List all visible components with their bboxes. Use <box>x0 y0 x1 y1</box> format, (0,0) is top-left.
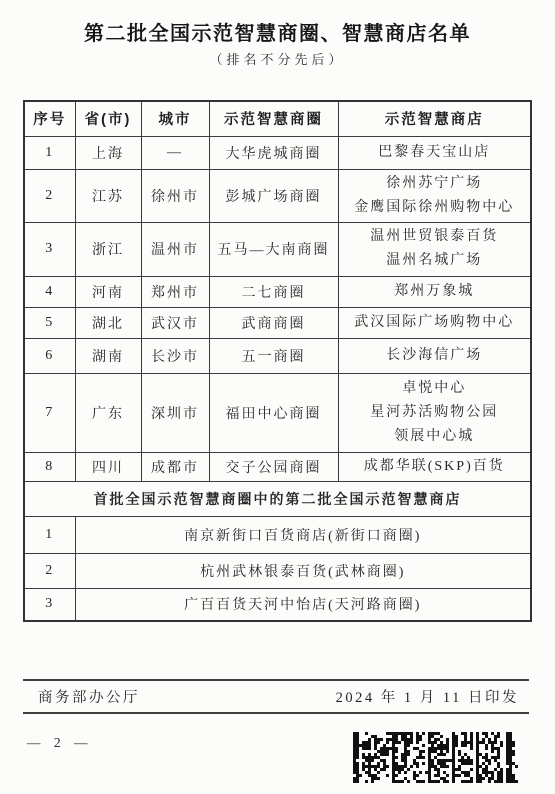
print-date-label: 2024 年 1 月 11 日印发 <box>336 686 519 707</box>
column-header: 示范智慧商店 <box>338 101 531 136</box>
store-name: 巴黎春天宝山店 <box>340 141 530 165</box>
cell-no: 3 <box>24 222 75 276</box>
cell-stores: 成都华联(SKP)百货 <box>338 452 531 481</box>
cell-district: 五一商圈 <box>209 338 338 373</box>
cell-province: 河南 <box>75 276 141 307</box>
cell-district: 武商商圈 <box>209 307 338 338</box>
footer-divider-bottom <box>23 712 529 714</box>
cell-province: 湖南 <box>75 338 141 373</box>
cell-city: 武汉市 <box>141 307 209 338</box>
cell-stores: 长沙海信广场 <box>338 338 531 373</box>
store-name: 温州世贸银泰百货 <box>340 225 530 249</box>
store-name: 郑州万象城 <box>340 280 530 304</box>
cell-no: 5 <box>24 307 75 338</box>
store-name: 成都华联(SKP)百货 <box>340 455 530 479</box>
cell-stores: 武汉国际广场购物中心 <box>338 307 531 338</box>
store-name: 金鹰国际徐州购物中心 <box>340 196 530 220</box>
store-name: 武汉国际广场购物中心 <box>340 311 530 335</box>
cell-stores: 郑州万象城 <box>338 276 531 307</box>
store-name: 卓悦中心 <box>340 377 530 401</box>
cell-stores: 卓悦中心星河苏活购物公园领展中心城 <box>338 373 531 452</box>
table-row: 7广东深圳市福田中心商圈卓悦中心星河苏活购物公园领展中心城 <box>24 373 531 452</box>
section2-header-row: 首批全国示范智慧商圈中的第二批全国示范智慧商店 <box>24 481 531 516</box>
cell-city: 长沙市 <box>141 338 209 373</box>
store-name: 徐州苏宁广场 <box>340 172 530 196</box>
cell-city: 徐州市 <box>141 169 209 222</box>
cell-city: — <box>141 136 209 169</box>
cell-city: 温州市 <box>141 222 209 276</box>
page-title: 第二批全国示范智慧商圈、智慧商店名单 <box>0 17 555 46</box>
table-row: 6湖南长沙市五一商圈长沙海信广场 <box>24 338 531 373</box>
cell-district: 彭城广场商圈 <box>209 169 338 222</box>
cell-city: 深圳市 <box>141 373 209 452</box>
section2-header: 首批全国示范智慧商圈中的第二批全国示范智慧商店 <box>24 481 531 516</box>
cell-district: 交子公园商圈 <box>209 452 338 481</box>
section2-store: 南京新街口百货商店(新街口商圈) <box>75 516 531 553</box>
cell-no: 2 <box>24 169 75 222</box>
cell-no: 1 <box>24 136 75 169</box>
cell-stores: 温州世贸银泰百货温州名城广场 <box>338 222 531 276</box>
cell-city: 郑州市 <box>141 276 209 307</box>
cell-no: 3 <box>24 588 75 621</box>
cell-city: 成都市 <box>141 452 209 481</box>
issuer-label: 商务部办公厅 <box>38 686 140 707</box>
cell-province: 上海 <box>75 136 141 169</box>
table-row: 5湖北武汉市武商商圈武汉国际广场购物中心 <box>24 307 531 338</box>
footer-row: 商务部办公厅 2024 年 1 月 11 日印发 <box>23 686 529 707</box>
column-header: 省(市) <box>75 101 141 136</box>
table-row: 1上海—大华虎城商圈巴黎春天宝山店 <box>24 136 531 169</box>
cell-district: 二七商圈 <box>209 276 338 307</box>
cell-no: 1 <box>24 516 75 553</box>
table-header-row: 序号省(市)城市示范智慧商圈示范智慧商店 <box>24 101 531 136</box>
table-row: 2江苏徐州市彭城广场商圈徐州苏宁广场金鹰国际徐州购物中心 <box>24 169 531 222</box>
cell-province: 江苏 <box>75 169 141 222</box>
section2-store: 广百百货天河中怡店(天河路商圈) <box>75 588 531 621</box>
section2-row: 3广百百货天河中怡店(天河路商圈) <box>24 588 531 621</box>
column-header: 序号 <box>24 101 75 136</box>
section2-row: 1南京新街口百货商店(新街口商圈) <box>24 516 531 553</box>
cell-no: 6 <box>24 338 75 373</box>
table-row: 8四川成都市交子公园商圈成都华联(SKP)百货 <box>24 452 531 481</box>
store-name: 温州名城广场 <box>340 249 530 273</box>
footer-divider-top <box>23 679 529 681</box>
cell-stores: 巴黎春天宝山店 <box>338 136 531 169</box>
table-row: 4河南郑州市二七商圈郑州万象城 <box>24 276 531 307</box>
section2-row: 2杭州武林银泰百货(武林商圈) <box>24 553 531 588</box>
cell-province: 四川 <box>75 452 141 481</box>
cell-district: 福田中心商圈 <box>209 373 338 452</box>
page-number: — 2 — <box>27 735 93 751</box>
cell-no: 7 <box>24 373 75 452</box>
cell-no: 4 <box>24 276 75 307</box>
cell-stores: 徐州苏宁广场金鹰国际徐州购物中心 <box>338 169 531 222</box>
cell-no: 8 <box>24 452 75 481</box>
cell-district: 五马—大南商圈 <box>209 222 338 276</box>
section2-store: 杭州武林银泰百货(武林商圈) <box>75 553 531 588</box>
column-header: 城市 <box>141 101 209 136</box>
store-name: 领展中心城 <box>340 425 530 449</box>
smart-district-table: 序号省(市)城市示范智慧商圈示范智慧商店 1上海—大华虎城商圈巴黎春天宝山店2江… <box>23 100 532 622</box>
cell-province: 湖北 <box>75 307 141 338</box>
cell-no: 2 <box>24 553 75 588</box>
cell-province: 广东 <box>75 373 141 452</box>
document-page: 第二批全国示范智慧商圈、智慧商店名单 （排名不分先后） 序号省(市)城市示范智慧… <box>0 0 555 794</box>
store-name: 长沙海信广场 <box>340 344 530 368</box>
column-header: 示范智慧商圈 <box>209 101 338 136</box>
table-row: 3浙江温州市五马—大南商圈温州世贸银泰百货温州名城广场 <box>24 222 531 276</box>
page-subtitle: （排名不分先后） <box>0 49 555 68</box>
barcode <box>352 731 518 783</box>
cell-province: 浙江 <box>75 222 141 276</box>
cell-district: 大华虎城商圈 <box>209 136 338 169</box>
store-name: 星河苏活购物公园 <box>340 401 530 425</box>
